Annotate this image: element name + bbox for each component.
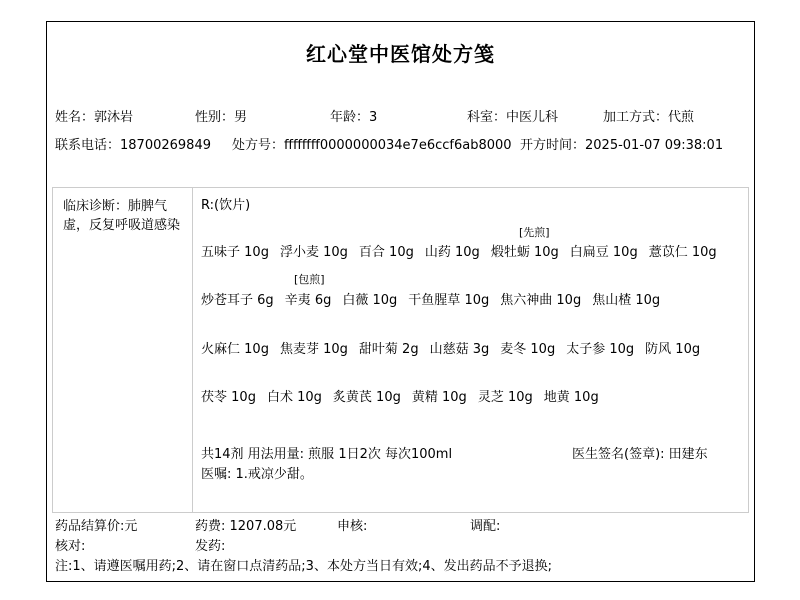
drug-dose: 10g	[552, 293, 581, 308]
drug-item: 白术 10g	[267, 390, 322, 405]
processing-method-field: 加工方式：代煎	[603, 109, 694, 126]
patient-info-row-2: 联系电话：18700269849 处方号：ffffffff0000000034e…	[47, 137, 754, 154]
drug-name: 甜叶菊	[359, 342, 398, 357]
patient-gender-label: 性别：	[195, 110, 234, 125]
drug-row-3: 火麻仁 10g焦麦芽 10g甜叶菊 2g山慈菇 3g麦冬 10g太子参 10g防…	[201, 341, 744, 358]
drug-item: 炙黄芪 10g	[333, 390, 401, 405]
drug-item: 辛夷 6g	[285, 293, 332, 308]
patient-gender-value: 男	[234, 110, 247, 125]
drug-name: 地黄	[544, 390, 570, 405]
drug-dose: 10g	[504, 390, 533, 405]
issue-time-field: 开方时间：2025-01-07 09:38:01	[520, 137, 723, 154]
drug-dose: 10g	[605, 342, 634, 357]
drug-dose: 6g	[311, 293, 332, 308]
drug-name: 干鱼腥草	[408, 293, 460, 308]
drug-dose: 10g	[688, 245, 717, 260]
drug-name: 炙黄芪	[333, 390, 372, 405]
prescription-sheet: 红心堂中医馆处方笺 姓名：郭沐岩 性别：男 年龄：3 科室：中医儿科 加工方式：…	[46, 21, 755, 582]
drug-item: 地黄 10g	[544, 390, 599, 405]
drug-item: 炒苍耳子 6g	[201, 293, 274, 308]
patient-info-row-1: 姓名：郭沐岩 性别：男 年龄：3 科室：中医儿科 加工方式：代煎	[47, 109, 754, 126]
bag-decoct-tag: [包煎]	[294, 273, 744, 287]
drug-name: 麦冬	[500, 342, 526, 357]
drug-name: 焦麦芽	[280, 342, 319, 357]
drug-name: 浮小麦	[280, 245, 319, 260]
phone-label: 联系电话：	[55, 138, 120, 153]
footer-row-1: 药品结算价:元 药费: 1207.08元 申核: 调配:	[55, 518, 754, 535]
department-value: 中医儿科	[506, 110, 558, 125]
drug-item: 火麻仁 10g	[201, 342, 269, 357]
drug-item: 山慈菇 3g	[430, 342, 490, 357]
patient-name-field: 姓名：郭沐岩	[55, 109, 195, 126]
department-label: 科室：	[467, 110, 506, 125]
doctor-signature: 医生签名(签章): 田建东	[572, 445, 732, 485]
drug-name: 黄精	[412, 390, 438, 405]
prescription-number-value: ffffffff0000000034e7e6ccf6ab8000	[284, 138, 512, 153]
drug-fee-field: 药费: 1207.08元	[195, 518, 337, 535]
issue-drug-field: 发药:	[195, 538, 225, 555]
drug-dose: 10g	[293, 390, 322, 405]
drug-item: 茯苓 10g	[201, 390, 256, 405]
drug-name: 山药	[425, 245, 451, 260]
drug-item: 百合 10g	[359, 245, 414, 260]
usage-area: 共14剂 用法用量: 煎服 1日2次 每次100ml 医嘱: 1.戒凉少甜。 医…	[201, 445, 744, 485]
drug-row-1: 五味子 10g浮小麦 10g百合 10g山药 10g煅牡蛎 10g白扁豆 10g…	[201, 244, 744, 261]
diagnosis-label: 临床诊断：	[63, 199, 128, 214]
prescription-number-field: 处方号：ffffffff0000000034e7e6ccf6ab8000	[232, 137, 520, 154]
prescription-number-label: 处方号：	[232, 138, 284, 153]
processing-method-value: 代煎	[668, 110, 694, 125]
drug-dose: 10g	[372, 390, 401, 405]
clinical-diagnosis: 临床诊断：肺脾气虚，反复呼吸道感染	[53, 188, 193, 512]
review-field: 申核:	[337, 518, 470, 535]
drug-item: 甜叶菊 2g	[359, 342, 419, 357]
drug-dose: 6g	[253, 293, 274, 308]
footer-note: 注:1、请遵医嘱用药;2、请在窗口点清药品;3、本处方当日有效;4、发出药品不予…	[55, 558, 754, 575]
drug-dose: 3g	[469, 342, 490, 357]
drug-dose: 10g	[530, 245, 559, 260]
footer-section: 药品结算价:元 药费: 1207.08元 申核: 调配: 核对: 发药: 注:1…	[47, 518, 754, 575]
page-title: 红心堂中医馆处方笺	[47, 38, 754, 62]
drug-dose: 10g	[240, 245, 269, 260]
drug-dose: 10g	[526, 342, 555, 357]
drug-item: 白薇 10g	[342, 293, 397, 308]
check-field: 核对:	[55, 538, 195, 555]
drug-dose: 10g	[227, 390, 256, 405]
drug-item: 灵芝 10g	[478, 390, 533, 405]
processing-method-label: 加工方式：	[603, 110, 668, 125]
patient-name-value: 郭沐岩	[94, 110, 133, 125]
drug-item: 山药 10g	[425, 245, 480, 260]
drug-dose: 10g	[319, 245, 348, 260]
drug-item: 防风 10g	[645, 342, 700, 357]
drug-dose: 10g	[319, 342, 348, 357]
patient-age-field: 年龄：3	[330, 109, 467, 126]
rp-label: R:(饮片)	[201, 197, 744, 214]
drug-dose: 10g	[460, 293, 489, 308]
drug-item: 干鱼腥草 10g	[408, 293, 489, 308]
drug-dose: 10g	[368, 293, 397, 308]
drug-dose: 10g	[240, 342, 269, 357]
drug-item: 焦山楂 10g	[592, 293, 660, 308]
usage-instructions: 共14剂 用法用量: 煎服 1日2次 每次100ml 医嘱: 1.戒凉少甜。	[201, 445, 572, 485]
drug-dose: 10g	[671, 342, 700, 357]
drug-name: 五味子	[201, 245, 240, 260]
drug-list-area: R:(饮片) [先煎] 五味子 10g浮小麦 10g百合 10g山药 10g煅牡…	[193, 188, 748, 512]
patient-age-value: 3	[369, 110, 377, 125]
issue-time-value: 2025-01-07 09:38:01	[585, 138, 723, 153]
drug-item: 五味子 10g	[201, 245, 269, 260]
drug-item: 白扁豆 10g	[570, 245, 638, 260]
drug-name: 百合	[359, 245, 385, 260]
advice-line: 医嘱: 1.戒凉少甜。	[201, 465, 572, 485]
drug-name: 白扁豆	[570, 245, 609, 260]
footer-row-2: 核对: 发药:	[55, 538, 754, 555]
department-field: 科室：中医儿科	[467, 109, 603, 126]
drug-item: 煅牡蛎 10g	[491, 245, 559, 260]
drug-item: 浮小麦 10g	[280, 245, 348, 260]
patient-age-label: 年龄：	[330, 110, 369, 125]
drug-dose: 10g	[631, 293, 660, 308]
drug-dose: 2g	[398, 342, 419, 357]
dispense-prepare-field: 调配:	[470, 518, 500, 535]
drug-name: 焦六神曲	[500, 293, 552, 308]
drug-item: 黄精 10g	[412, 390, 467, 405]
drug-dose: 10g	[609, 245, 638, 260]
drug-name: 灵芝	[478, 390, 504, 405]
phone-field: 联系电话：18700269849	[55, 137, 232, 154]
drug-name: 山慈菇	[430, 342, 469, 357]
settlement-price-field: 药品结算价:元	[55, 518, 195, 535]
drug-item: 焦六神曲 10g	[500, 293, 581, 308]
drug-name: 火麻仁	[201, 342, 240, 357]
drug-name: 煅牡蛎	[491, 245, 530, 260]
drug-item: 薏苡仁 10g	[649, 245, 717, 260]
drug-dose: 10g	[570, 390, 599, 405]
issue-time-label: 开方时间：	[520, 138, 585, 153]
drug-name: 焦山楂	[592, 293, 631, 308]
drug-name: 白术	[267, 390, 293, 405]
drug-name: 炒苍耳子	[201, 293, 253, 308]
drug-item: 太子参 10g	[566, 342, 634, 357]
patient-gender-field: 性别：男	[195, 109, 330, 126]
drug-dose: 10g	[438, 390, 467, 405]
phone-value: 18700269849	[120, 138, 211, 153]
drug-name: 辛夷	[285, 293, 311, 308]
drug-item: 麦冬 10g	[500, 342, 555, 357]
drug-row-4: 茯苓 10g白术 10g炙黄芪 10g黄精 10g灵芝 10g地黄 10g	[201, 389, 744, 406]
drug-item: 焦麦芽 10g	[280, 342, 348, 357]
drug-dose: 10g	[451, 245, 480, 260]
drug-name: 太子参	[566, 342, 605, 357]
patient-name-label: 姓名：	[55, 110, 94, 125]
drug-dose: 10g	[385, 245, 414, 260]
decoct-first-tag: [先煎]	[519, 226, 744, 240]
drug-name: 薏苡仁	[649, 245, 688, 260]
drug-name: 茯苓	[201, 390, 227, 405]
drug-row-2: 炒苍耳子 6g辛夷 6g白薇 10g干鱼腥草 10g焦六神曲 10g焦山楂 10…	[201, 292, 744, 309]
drug-name: 白薇	[342, 293, 368, 308]
prescription-body-box: 临床诊断：肺脾气虚，反复呼吸道感染 R:(饮片) [先煎] 五味子 10g浮小麦…	[52, 187, 749, 513]
usage-line: 共14剂 用法用量: 煎服 1日2次 每次100ml	[201, 445, 572, 465]
drug-name: 防风	[645, 342, 671, 357]
